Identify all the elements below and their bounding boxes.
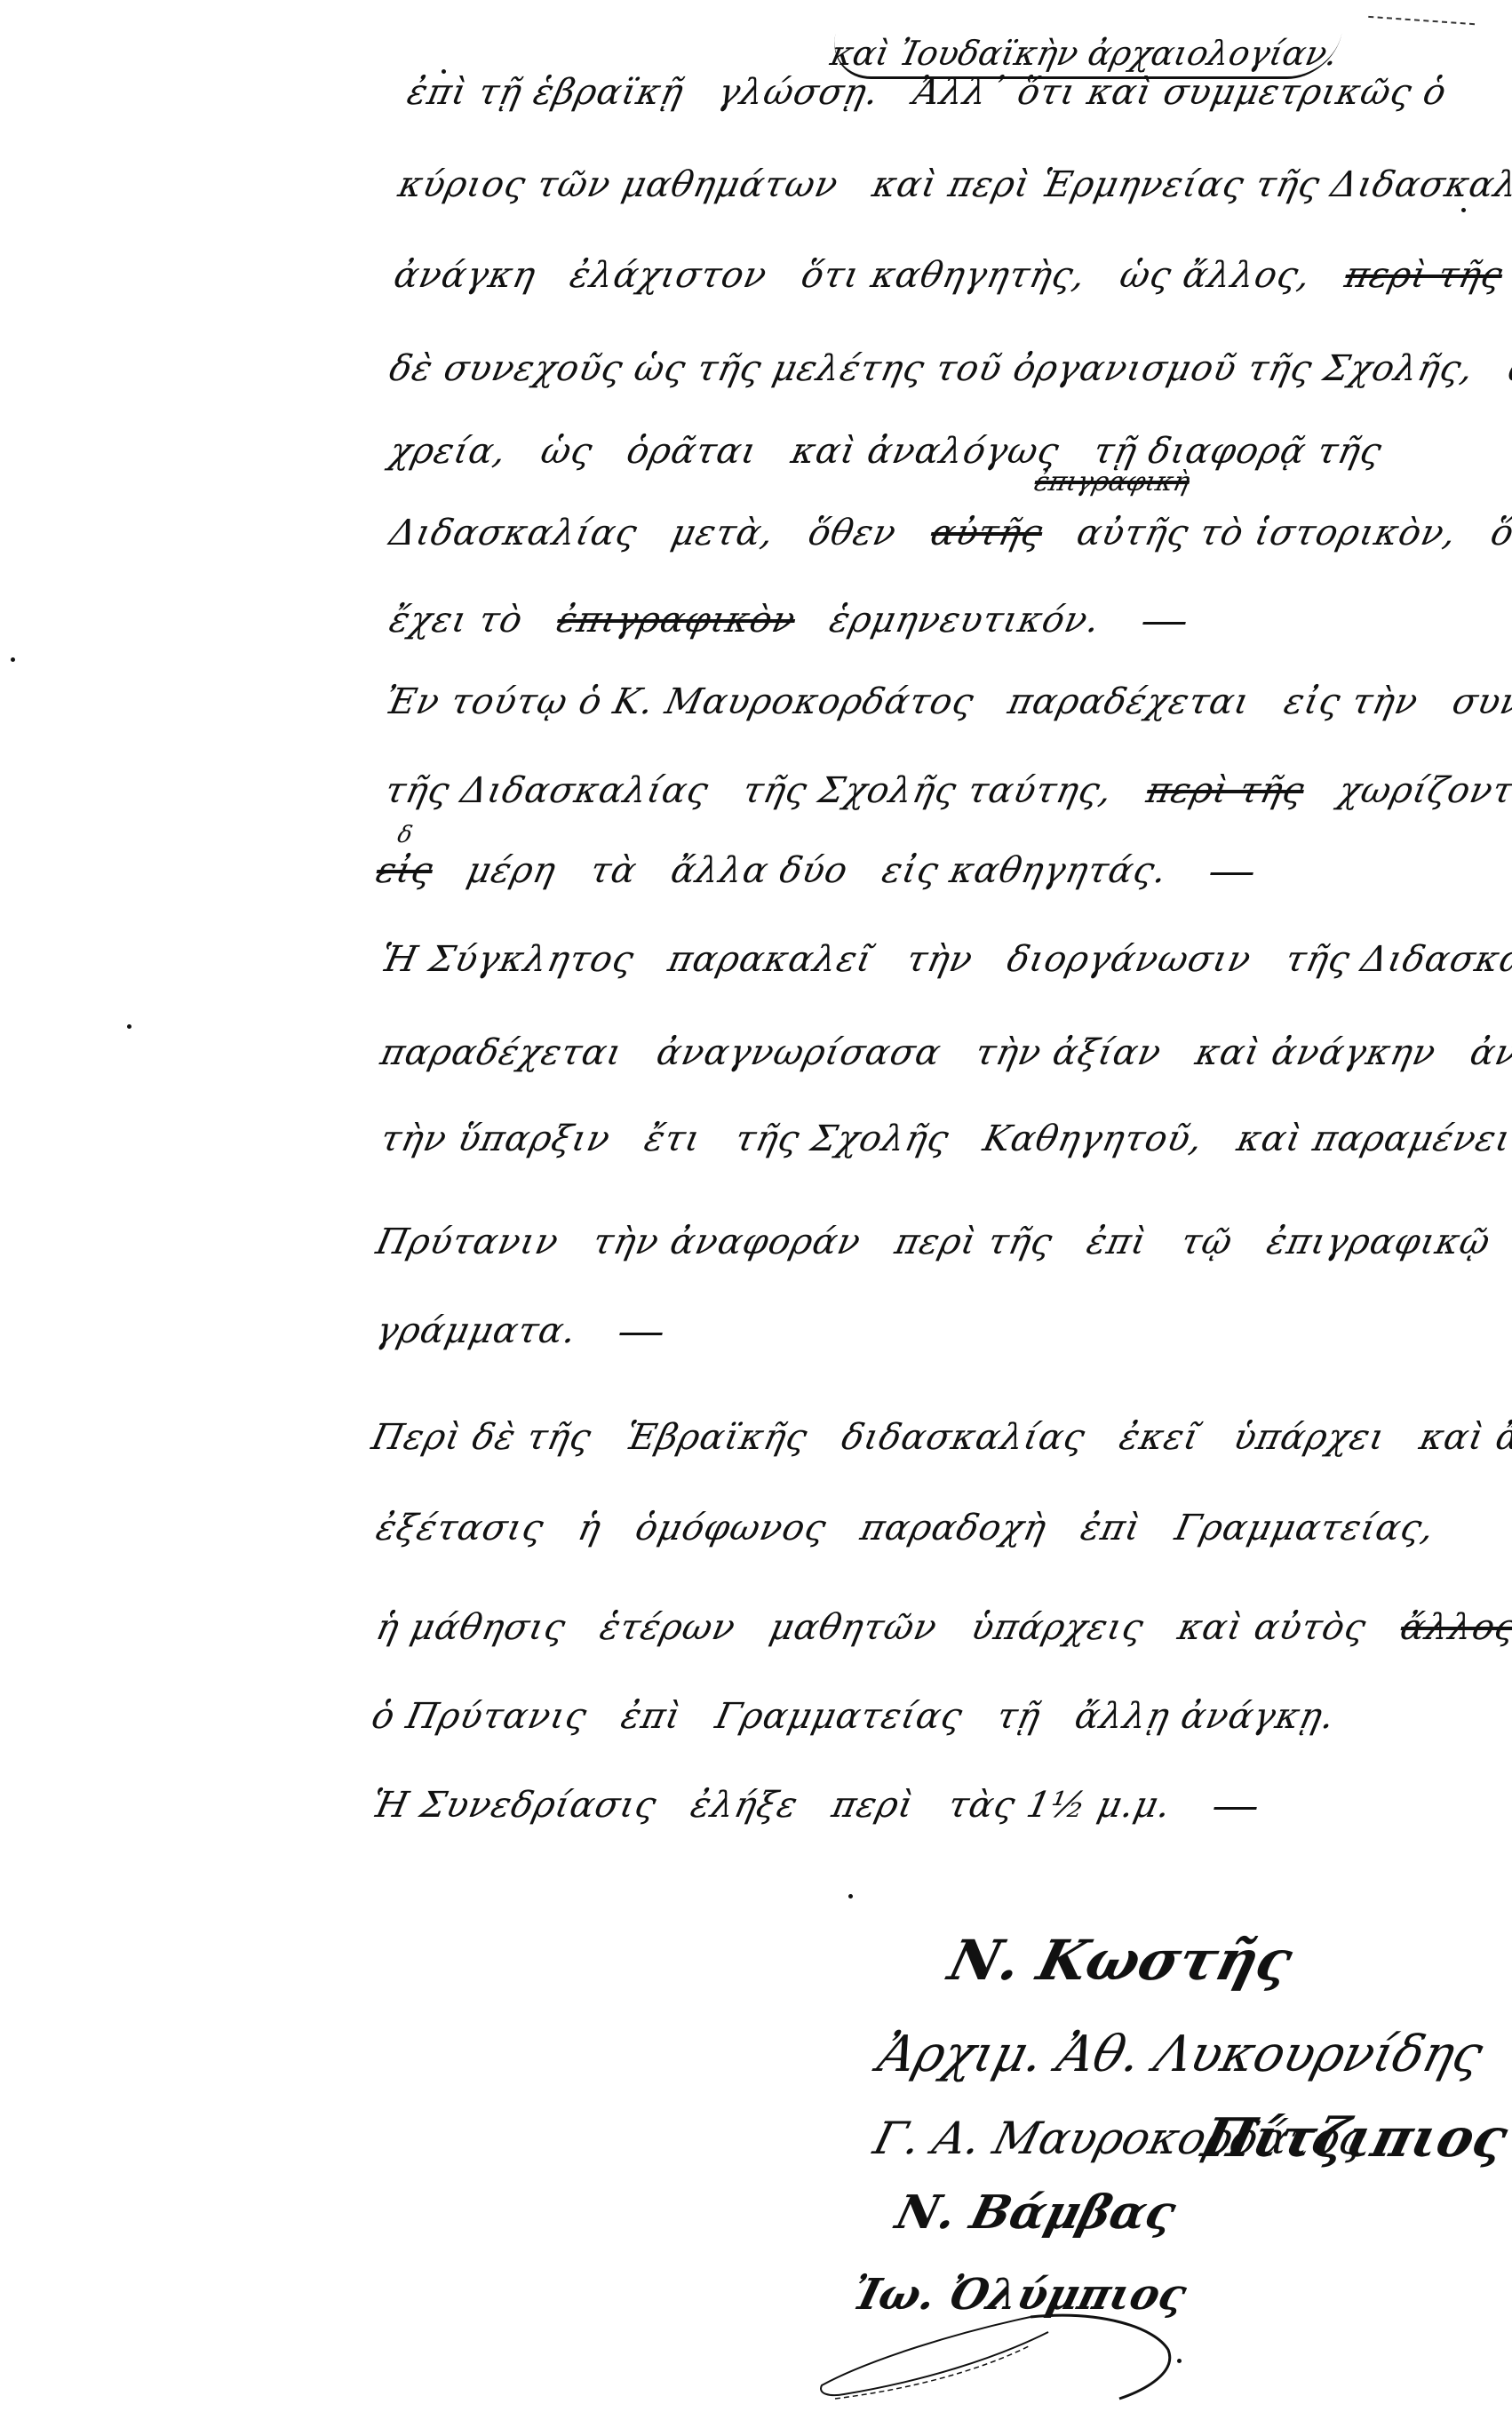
manuscript-line-8: Ἐν τούτῳ ὁ Κ. Μαυροκορδάτος παραδέχεται … xyxy=(382,684,1512,720)
struck-text: αὐτῆς xyxy=(927,515,1046,551)
struck-text: ἄλλος xyxy=(1397,1610,1512,1645)
line-text: τὰς 1½ μ.μ. xyxy=(945,1787,1174,1823)
margin-pencil-mark xyxy=(1368,16,1475,28)
line-text: τῇ διαφορᾷ τῆς xyxy=(1090,434,1385,469)
line-text: κύριος τῶν μαθημάτων xyxy=(395,167,841,203)
manuscript-page: καὶ Ἰουδαϊκὴν ἀρχαιολογίαν. ἐπὶ τῇ ἑβραϊ… xyxy=(0,0,1512,2420)
manuscript-line-14: Πρύτανιν τὴν ἀναφοράν περὶ τῆς ἐπὶ τῷ ἐπ… xyxy=(373,1224,1512,1260)
interlinear-insertion: δ xyxy=(395,822,415,848)
line-text: διοργάνωσιν xyxy=(1004,942,1254,977)
manuscript-line-10: εἰς μέρη τὰ ἄλλα δύο εἰς καθηγητάς. xyxy=(373,853,1257,888)
line-text: χρεία, xyxy=(386,434,510,469)
line-text: ἐλάχιστον xyxy=(567,258,770,293)
ink-speck xyxy=(1461,208,1466,212)
line-text: περὶ xyxy=(829,1787,917,1823)
line-text: δὲ συνεχοῦς ὡς τῆς μελέτης τοῦ ὀργανισμο… xyxy=(386,351,1477,386)
line-end-dash xyxy=(1214,1807,1257,1810)
line-text: ὑπάρχεις xyxy=(968,1610,1147,1645)
manuscript-line-2: κύριος τῶν μαθημάτων καὶ περὶ Ἑρμηνείας … xyxy=(395,167,1512,203)
line-text: ἀνάγκη xyxy=(391,258,539,293)
line-text: ὡς ἄλλος, xyxy=(1117,258,1314,293)
struck-text: περὶ τῆς xyxy=(1143,773,1308,808)
line-text: Ἑβραϊκῆς xyxy=(623,1420,811,1455)
line-end-dash xyxy=(1210,872,1253,875)
manuscript-line-12: παραδέχεται ἀναγνωρίσασα τὴν ἀξίαν καὶ ἀ… xyxy=(378,1035,1512,1071)
line-text: καὶ ἄλλη xyxy=(1416,1420,1512,1455)
line-text: Ἀλλ᾽ ὅτι καὶ συμμετρικῶς ὁ xyxy=(911,75,1451,110)
line-text: καὶ ἀνάγκην xyxy=(1192,1035,1439,1071)
line-text: συνεχῆ ἔκθεσιν xyxy=(1449,684,1512,720)
line-text: ἀλλὰ xyxy=(1505,351,1512,386)
line-text: τῇ xyxy=(994,1699,1045,1734)
manuscript-line-16: Περὶ δὲ τῆς Ἑβραϊκῆς διδασκαλίας ἐκεῖ ὑπ… xyxy=(369,1420,1512,1455)
line-text: μαθητῶν xyxy=(767,1610,941,1645)
line-text: ἐξέτασις xyxy=(373,1510,547,1546)
line-text: ἐπὶ xyxy=(1078,1510,1144,1546)
line-text: παραδέχεται xyxy=(1005,684,1253,720)
line-text: τὰ xyxy=(587,853,641,888)
signature-2: Ἀρχιμ. Ἀθ. Λυκουρνίδης xyxy=(872,2026,1489,2083)
line-text: τῆς Σχολῆς ταύτης, xyxy=(740,773,1116,808)
line-text: ὁμόφωνος xyxy=(633,1510,830,1546)
line-text: περὶ τῆς xyxy=(892,1224,1056,1260)
manuscript-line-4: δὲ συνεχοῦς ὡς τῆς μελέτης τοῦ ὀργανισμο… xyxy=(386,351,1512,386)
manuscript-line-9: τῆς Διδασκαλίας τῆς Σχολῆς ταύτης, περὶ … xyxy=(382,773,1512,808)
line-text: ἐλήξε xyxy=(688,1787,801,1823)
line-text: παραδοχὴ xyxy=(857,1510,1050,1546)
manuscript-line-3: ἀνάγκη ἐλάχιστον ὅτι καθηγητὴς, ὡς ἄλλος… xyxy=(391,258,1512,293)
line-text: ἄλλῃ ἀνάγκῃ. xyxy=(1071,1699,1338,1734)
manuscript-line-19: ὁ Πρύτανις ἐπὶ Γραμματείας τῇ ἄλλῃ ἀνάγκ… xyxy=(369,1699,1362,1734)
insertion-text: ἐπιγραφικὴ xyxy=(1031,466,1192,498)
ink-speck xyxy=(848,1894,853,1899)
line-text: Καθηγητοῦ, xyxy=(980,1121,1206,1157)
line-text: τὴν ὕπαρξιν xyxy=(378,1121,614,1157)
line-text: τῷ xyxy=(1178,1224,1236,1260)
line-text: ἄλλα δύο xyxy=(668,853,851,888)
insertion-text: δ xyxy=(395,822,415,848)
line-text: καὶ ἀναλόγως xyxy=(788,434,1062,469)
line-text: τῆς Διδασκαλίας xyxy=(382,773,712,808)
line-text: Ἡ Συνεδρίασις xyxy=(369,1787,660,1823)
interlinear-insertion: ἐπιγραφικὴ xyxy=(1031,466,1192,498)
line-text: παραδέχεται xyxy=(378,1035,625,1071)
line-text: ὁ Πρύτανις xyxy=(369,1699,591,1734)
line-text: Ἐν τούτῳ ὁ Κ. Μαυροκορδάτος xyxy=(382,684,977,720)
manuscript-line-13: τὴν ὕπαρξιν ἔτι τῆς Σχολῆς Καθηγητοῦ, κα… xyxy=(378,1121,1512,1157)
line-end-dash xyxy=(1143,622,1187,625)
signature-1: Ν. Κωστῆς xyxy=(943,1928,1299,1993)
line-text: Περὶ δὲ τῆς xyxy=(369,1420,595,1455)
line-text: γλώσσῃ. xyxy=(715,75,883,110)
line-text: ἐκεῖ xyxy=(1117,1420,1203,1455)
manuscript-line-18: ἡ μάθησις ἑτέρων μαθητῶν ὑπάρχεις καὶ αὐ… xyxy=(373,1610,1512,1645)
line-text: ὅτι καθηγητὴς, xyxy=(798,258,1088,293)
line-text: καὶ παραμένει xyxy=(1234,1121,1512,1157)
line-text: εἰς τὴν xyxy=(1281,684,1421,720)
line-text: Γραμματείας xyxy=(712,1699,966,1734)
signature-name: Ἀρχιμ. Ἀθ. Λυκουρνίδης xyxy=(872,2026,1489,2083)
line-text: τὴν xyxy=(903,942,976,977)
line-text: ἔτι xyxy=(641,1121,704,1157)
manuscript-line-1: ἐπὶ τῇ ἑβραϊκῇ γλώσσῃ. Ἀλλ᾽ ὅτι καὶ συμμ… xyxy=(404,75,1473,110)
signature-4: Ν. Βάμβας xyxy=(890,2185,1181,2240)
struck-text: ἐπιγραφικὸν xyxy=(554,602,800,638)
ink-speck xyxy=(11,657,15,662)
line-text: ἑρμηνευτικόν. xyxy=(826,602,1103,638)
line-text: εἰς καθηγητάς. xyxy=(879,853,1170,888)
line-end-dash xyxy=(619,1333,663,1335)
line-text: ὁρᾶται xyxy=(624,434,760,469)
line-text: μέρη xyxy=(464,853,559,888)
ink-speck xyxy=(127,1024,131,1029)
line-text: καὶ αὐτὸς xyxy=(1175,1610,1370,1645)
line-text: ἡ xyxy=(575,1510,604,1546)
line-text: μετὰ, xyxy=(668,515,777,551)
line-text: αὐτῆς τὸ ἱστορικὸν, xyxy=(1074,515,1460,551)
line-text: τὴν ἀξίαν xyxy=(972,1035,1165,1071)
header-insertion-text: καὶ Ἰουδαϊκὴν ἀρχαιολογίαν. xyxy=(827,34,1341,73)
manuscript-line-20: Ἡ Συνεδρίασις ἐλήξε περὶ τὰς 1½ μ.μ. xyxy=(369,1787,1261,1823)
manuscript-line-6: Διδασκαλίας μετὰ, ὅθεν αὐτῆς αὐτῆς τὸ ἱσ… xyxy=(386,515,1512,551)
line-text: Διδασκαλίας xyxy=(386,515,641,551)
line-text: ὑπάρχει xyxy=(1230,1420,1389,1455)
manuscript-line-17: ἐξέτασις ἡ ὁμόφωνος παραδοχὴ ἐπὶ Γραμματ… xyxy=(373,1510,1461,1546)
signature-name: Ν. Κωστῆς xyxy=(943,1928,1299,1993)
line-text: ἀναγκαία xyxy=(1467,1035,1512,1071)
manuscript-line-11: Ἡ Σύγκλητος παρακαλεῖ τὴν διοργάνωσιν τῆ… xyxy=(378,942,1512,977)
ink-speck xyxy=(1177,2359,1182,2363)
manuscript-line-7: ἔχει τὸ ἐπιγραφικὸν ἑρμηνευτικόν. xyxy=(386,602,1190,638)
line-text: τῆς Σχολῆς xyxy=(732,1121,952,1157)
line-text: γράμματα. xyxy=(373,1313,580,1349)
signature-flourish xyxy=(817,2310,1279,2408)
line-text: καὶ περὶ Ἑρμηνείας τῆς Διδασκαλίας xyxy=(870,167,1512,203)
line-text: παρακαλεῖ xyxy=(665,942,876,977)
line-text: τὴν ἀναφοράν xyxy=(590,1224,864,1260)
line-text: ὅθεν xyxy=(805,515,899,551)
line-text: Γραμματείας, xyxy=(1172,1510,1437,1546)
line-text: ἀναγνωρίσασα xyxy=(654,1035,945,1071)
line-text: Ἡ Σύγκλητος xyxy=(378,942,638,977)
ink-speck xyxy=(442,69,446,74)
line-text: ἑτέρων xyxy=(597,1610,739,1645)
signature-name: Πίτζιπιος xyxy=(1196,2107,1512,2169)
line-text: ἐπιγραφικῷ xyxy=(1264,1224,1494,1260)
signature-name: Ν. Βάμβας xyxy=(890,2185,1181,2240)
line-text: διδασκαλίας xyxy=(839,1420,1088,1455)
line-text: ἐπὶ xyxy=(618,1699,685,1734)
line-text: ἔχει τὸ xyxy=(386,602,526,638)
manuscript-line-5: χρεία, ὡς ὁρᾶται καὶ ἀναλόγως τῇ διαφορᾷ… xyxy=(386,434,1408,469)
line-text: ἡ μάθησις xyxy=(373,1610,569,1645)
line-text: ἐπὶ τῇ ἑβραϊκῇ xyxy=(404,75,687,110)
co-signature-overlay: Πίτζιπιος xyxy=(1196,2107,1512,2169)
line-text: χωρίζονται xyxy=(1335,773,1512,808)
struck-text: εἰς xyxy=(373,853,436,888)
line-text: τῆς Διδασκαλίας xyxy=(1282,942,1512,977)
line-text: Πρύτανιν xyxy=(373,1224,562,1260)
line-text: ὡς xyxy=(537,434,596,469)
struck-text: περὶ τῆς xyxy=(1342,258,1507,293)
manuscript-line-15: γράμματα. xyxy=(373,1313,667,1349)
line-text: ἐπὶ xyxy=(1084,1224,1150,1260)
line-text: ὅθεν xyxy=(1488,515,1512,551)
